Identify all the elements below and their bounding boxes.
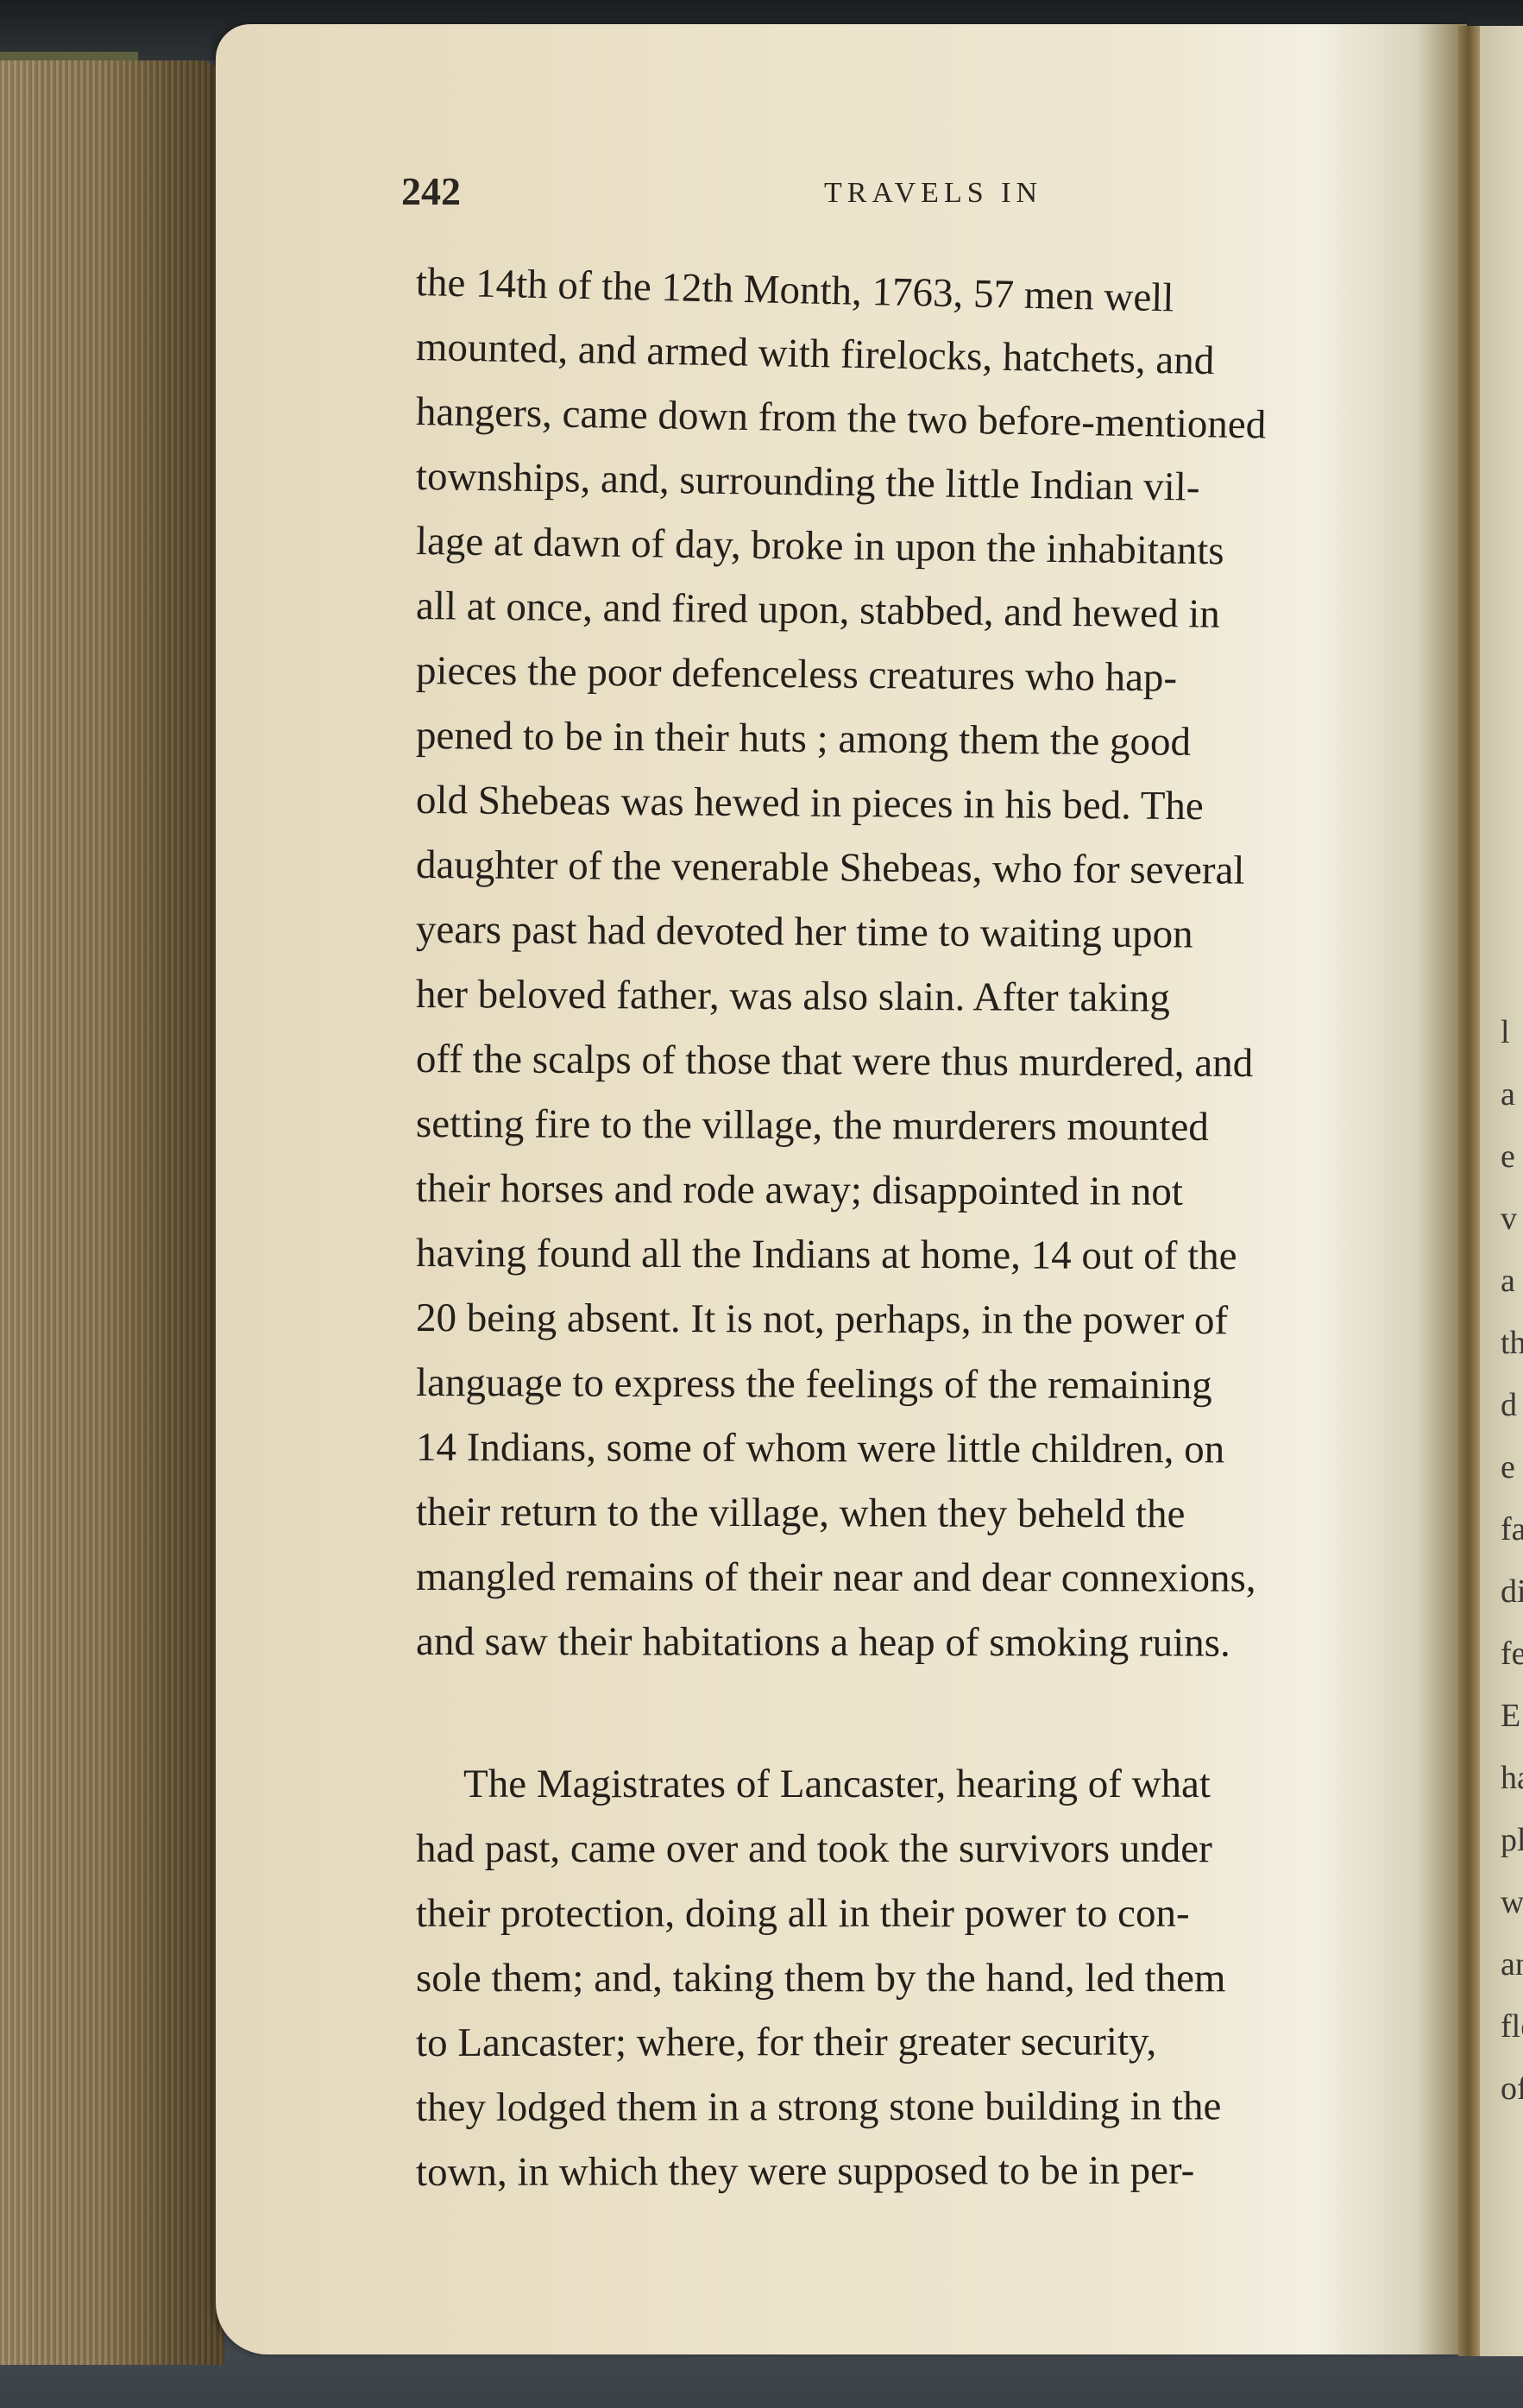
text-line: mangled remains of their near and dear c…: [416, 1554, 1256, 1602]
page-number: 242: [401, 168, 461, 214]
text-line: setting fire to the village, the murdere…: [416, 1100, 1209, 1150]
text-line: pened to be in their huts ; among them t…: [416, 712, 1191, 766]
text-line: they lodged them in a strong stone build…: [416, 2083, 1221, 2131]
text-line: 14 Indians, some of whom were little chi…: [416, 1424, 1224, 1472]
text-line: old Shebeas was hewed in pieces in his b…: [416, 777, 1204, 829]
text-line: their return to the village, when they b…: [416, 1489, 1186, 1537]
facing-page: l a e v a th d e fa di fe E ha pl we an …: [1480, 26, 1523, 2356]
text-line: town, in which they were supposed to be …: [416, 2147, 1194, 2196]
book-fore-edge: [0, 60, 224, 2365]
text-line: having found all the Indians at home, 14…: [416, 1230, 1237, 1279]
running-title: TRAVELS IN: [824, 177, 1042, 210]
text-line: lage at dawn of day, broke in upon the i…: [416, 518, 1224, 574]
text-line: to Lancaster; where, for their greater s…: [416, 2019, 1156, 2066]
text-line: years past had devoted her time to waiti…: [416, 906, 1193, 958]
text-line: their protection, doing all in their pow…: [416, 1890, 1190, 1937]
text-line: had past, came over and took the survivo…: [416, 1825, 1212, 1872]
text-line: their horses and rode away; disappointed…: [416, 1165, 1183, 1215]
text-line: language to express the feelings of the …: [416, 1359, 1212, 1409]
text-line: pieces the poor defenceless creatures wh…: [416, 647, 1178, 701]
text-line: off the scalps of those that were thus m…: [416, 1036, 1253, 1087]
text-line: and saw their habitations a heap of smok…: [416, 1618, 1230, 1667]
text-line: sole them; and, taking them by the hand,…: [416, 1955, 1226, 2001]
text-line: daughter of the venerable Shebeas, who f…: [416, 842, 1245, 894]
text-line: her beloved father, was also slain. Afte…: [416, 971, 1170, 1022]
facing-page-text: l a e v a th d e fa di fe E ha pl we an …: [1501, 1001, 1523, 2120]
text-line: 20 being absent. It is not, perhaps, in …: [416, 1295, 1228, 1344]
text-line: The Magistrates of Lancaster, hearing of…: [463, 1761, 1211, 1807]
text-line: all at once, and fired upon, stabbed, an…: [416, 583, 1220, 638]
book-photo-scene: l a e v a th d e fa di fe E ha pl we an …: [0, 0, 1523, 2408]
